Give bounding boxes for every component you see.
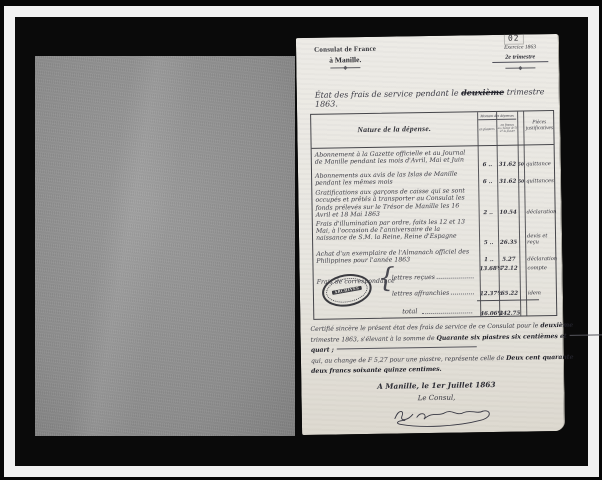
document-page: Consulat de France à Manille. 02 Exercic…	[296, 34, 565, 435]
cert-text: Certifié sincère le présent état des fra…	[310, 322, 540, 333]
fill-rule	[337, 346, 477, 349]
amount-piastres: 2 ..	[479, 210, 498, 216]
cert-emphasis: deux francs soixante quinze centimes.	[311, 366, 442, 375]
column-header-nature: Nature de la dépense.	[311, 123, 477, 135]
column-header-piastres: en piastres	[477, 127, 496, 131]
amount-francs: 31.62	[497, 179, 518, 185]
amount-francs: 72.12	[498, 265, 519, 271]
amount-francs: 31.62	[497, 162, 518, 168]
archive-stamp-label: ARCHIVES	[332, 286, 361, 295]
amount-piastres: 6 ..	[478, 179, 497, 185]
piece-justificative: idem	[527, 290, 558, 296]
francs-note: au change de 5f 27 la piastre	[497, 127, 517, 134]
cert-emphasis: Quarante six piastres six centièmes et	[436, 332, 566, 341]
flourish-divider	[505, 66, 535, 70]
amount-francs: 26.35	[498, 239, 519, 245]
piece-justificative: quittance	[525, 161, 556, 167]
flourish-divider	[330, 66, 360, 70]
dotted-leader	[437, 277, 474, 279]
amount-piastres: 6 ..	[478, 162, 497, 168]
cert-emphasis: quart ;	[311, 347, 334, 354]
cert-text: qui, au change de F 5,27 pour une piastr…	[311, 355, 506, 365]
amount-francs: 10.54	[498, 209, 519, 215]
piece-justificative: déclaration	[526, 256, 557, 262]
consulate-heading: Consulat de France à Manille.	[306, 45, 384, 71]
left-blank-page	[35, 56, 295, 436]
table-row: Gratifications aux garçons de caisse qui…	[312, 185, 554, 219]
place-date-line: A Manille, le 1er Juillet 1863	[361, 380, 511, 391]
sub-row-label: lettres reçues	[392, 274, 435, 282]
expense-table: Nature de la dépense. Montant des dépens…	[310, 110, 557, 320]
sub-row: lettres reçues	[391, 264, 475, 281]
column-header-montant: Montant des dépenses	[478, 114, 516, 121]
amount-piastres: 1 ..	[479, 257, 498, 263]
folio-number: 02	[504, 34, 524, 45]
brace-glyph: {	[377, 262, 395, 293]
expense-description: Abonnements aux avis de las Islas de Man…	[312, 169, 470, 187]
cert-emphasis: Deux cent quarante	[506, 354, 573, 362]
document-title: État des frais de service pendant le deu…	[315, 86, 555, 109]
sum-rule	[477, 299, 539, 301]
piece-justificative: compte	[526, 265, 557, 271]
consul-signature	[387, 401, 497, 433]
table-row: Frais d'illumination par ordre, faits le…	[313, 216, 555, 250]
expense-description: Gratifications aux garçons de caisse qui…	[312, 186, 470, 219]
piece-justificative: déclaration	[526, 209, 557, 215]
cert-emphasis: deuxième	[540, 322, 573, 330]
total-francs: 242.75	[499, 310, 520, 316]
amount-fraction: 50	[518, 163, 524, 168]
column-header-francs: en francsau change de 5f 27 la piastre	[497, 123, 517, 134]
amount-francs: 65.22	[499, 290, 520, 296]
amount-francs: 5.27	[498, 256, 519, 262]
sub-row: lettres affranchies	[392, 280, 476, 297]
table-header: Nature de la dépense. Montant des dépens…	[311, 111, 554, 149]
consulate-name: Consulat de France	[306, 45, 384, 54]
amount-piastres: 12.37½	[480, 291, 499, 297]
title-struck-word: deuxième	[461, 87, 504, 98]
expense-description: Abonnement à la Gazette officielle et au…	[312, 148, 470, 166]
dotted-leader	[451, 293, 474, 294]
amount-fraction: 50	[518, 180, 524, 185]
column-header-pieces: Pièces justificatives	[524, 119, 554, 132]
cert-text: trimestre 1863, s'élevant à la somme de	[311, 335, 437, 344]
expense-description: Frais d'illumination par ordre, faits le…	[313, 217, 471, 243]
amount-piastres: 13.68¾	[479, 266, 498, 272]
consulate-city: à Manille.	[306, 55, 384, 65]
exercice-label: Exercice 1863	[488, 44, 552, 51]
dotted-leader	[422, 312, 472, 314]
amount-piastres: 5 ..	[479, 240, 498, 246]
certification-paragraph: Certifié sincère le présent état des fra…	[310, 321, 559, 378]
piece-justificative: devis et reçu	[526, 233, 557, 245]
group-items: lettres reçues lettres affranchies	[391, 264, 475, 297]
scan-frame: Consulat de France à Manille. 02 Exercic…	[0, 0, 602, 480]
trimestre-label: 2e trimestre	[492, 53, 548, 63]
piece-justificative: quittances	[525, 178, 556, 184]
title-prefix: État des frais de service pendant le	[315, 89, 462, 100]
sub-row-label: lettres affranchies	[392, 289, 449, 297]
total-label: total	[402, 307, 417, 315]
total-piastres: 46.06¼	[480, 311, 499, 317]
